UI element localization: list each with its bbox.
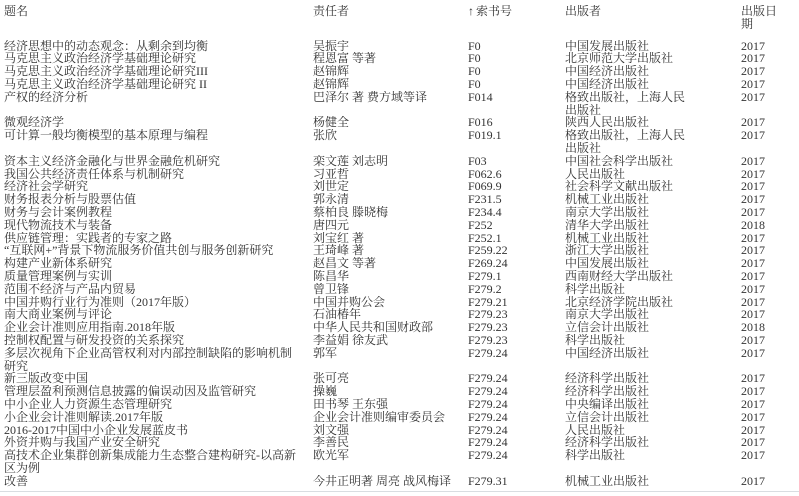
publisher-text: 人民出版社	[565, 168, 693, 181]
column-header-call-number[interactable]: ↑索书号	[464, 5, 565, 40]
publisher-cell: 中国发展出版社	[565, 257, 737, 270]
title-cell: 多层次视角下企业高管权利对内部控制缺陷的影响机制研究	[0, 347, 309, 373]
table-row: 新三版改变中国 张可亮 F279.24 经济科学出版社 2017	[0, 372, 799, 385]
date-cell: 2017	[737, 385, 799, 398]
title-cell: 范围不经济与产品内贸易	[0, 283, 309, 296]
title-cell: 质量管理案例与实训	[0, 270, 309, 283]
call-number-cell: F252	[464, 219, 565, 232]
publisher-cell: 中国经济出版社	[565, 347, 737, 373]
publisher-cell: 西南财经大学出版社	[565, 270, 737, 283]
author-cell: 中国并购公会	[309, 296, 464, 309]
author-cell: 王琦峰 著	[309, 244, 464, 257]
date-cell: 2017	[737, 65, 799, 78]
title-cell: 企业会计准则应用指南.2018年版	[0, 321, 309, 334]
author-cell: 杨健全	[309, 116, 464, 129]
date-cell: 2017	[737, 308, 799, 321]
author-cell: 刘世定	[309, 180, 464, 193]
call-number-cell: F279.23	[464, 308, 565, 321]
table-row: 马克思主义政治经济学基础理论研究 程恩富 等著 F0 北京师范大学出版社 201…	[0, 52, 799, 65]
title-cell: 我国公共经济责任体系与机制研究	[0, 168, 309, 181]
author-cell: 蔡柏良 滕晓梅	[309, 206, 464, 219]
publisher-cell: 经济科学出版社	[565, 436, 737, 449]
date-cell: 2018	[737, 219, 799, 232]
table-row: 中小企业人力资源生态管理研究 田书琴 王东强 F279.24 中央编译出版社 2…	[0, 398, 799, 411]
title-cell: 中国并购行业行为准则（2017年版）	[0, 296, 309, 309]
call-number-cell: F014	[464, 91, 565, 117]
call-number-cell: F03	[464, 155, 565, 168]
table-row: 南大商业案例与评论 石油椿年 F279.23 南京大学出版社 2017	[0, 308, 799, 321]
author-cell: 吴振宇	[309, 40, 464, 53]
table-row: 可计算一般均衡模型的基本原理与编程 张欣 F019.1 格致出版社，上海人民出版…	[0, 129, 799, 155]
table-row: 现代物流技术与装备 唐四元 F252 清华大学出版社 2018	[0, 219, 799, 232]
sort-ascending-icon: ↑	[468, 5, 474, 18]
author-cell: 欧光军	[309, 449, 464, 475]
title-cell: 中小企业人力资源生态管理研究	[0, 398, 309, 411]
call-number-cell: F0	[464, 40, 565, 53]
author-cell: 赵锦辉	[309, 65, 464, 78]
author-cell: 栾文莲 刘志明	[309, 155, 464, 168]
publisher-cell: 机械工业出版社	[565, 193, 737, 206]
call-number-cell: F279.24	[464, 424, 565, 437]
table-row: 管理层盈利预测信息披露的偏误动因及监管研究 操巍 F279.24 经济科学出版社…	[0, 385, 799, 398]
call-number-cell: F062.6	[464, 168, 565, 181]
date-cell: 2017	[737, 257, 799, 270]
call-number-cell: F069.9	[464, 180, 565, 193]
publisher-cell: 陕西人民出版社	[565, 116, 737, 129]
date-cell: 2017	[737, 436, 799, 449]
table-row: 我国公共经济责任体系与机制研究 习亚哲 F062.6 人民出版社 2017	[0, 168, 799, 181]
author-cell: 巴泽尔 著 费方域等译	[309, 91, 464, 117]
publisher-text: 浙江大学出版社	[565, 244, 693, 257]
publisher-text: 社会科学文献出版社	[565, 180, 693, 193]
publisher-text: 中央编译出版社	[565, 398, 693, 411]
title-cell: 现代物流技术与装备	[0, 219, 309, 232]
publisher-text: 立信会计出版社	[565, 411, 693, 424]
table-row: 财务报表分析与股票估值 郭永清 F231.5 机械工业出版社 2017	[0, 193, 799, 206]
title-cell: 高技术企业集群创新集成能力生态整合建构研究-以高新区为例	[0, 449, 309, 475]
table-row: 企业会计准则应用指南.2018年版 中华人民共和国财政部 F279.23 立信会…	[0, 321, 799, 334]
table-row: 多层次视角下企业高管权利对内部控制缺陷的影响机制研究 郭军 F279.24 中国…	[0, 347, 799, 373]
call-number-cell: F279.24	[464, 347, 565, 373]
publisher-cell: 中国发展出版社	[565, 40, 737, 53]
publisher-cell: 立信会计出版社	[565, 321, 737, 334]
author-cell: 赵昌文 等著	[309, 257, 464, 270]
publisher-cell: 浙江大学出版社	[565, 244, 737, 257]
publisher-cell: 中国社会科学出版社	[565, 155, 737, 168]
date-cell: 2017	[737, 78, 799, 91]
publisher-text: 经济科学出版社	[565, 436, 693, 449]
publisher-text: 格致出版社，上海人民出版社	[565, 129, 693, 155]
date-cell: 2017	[737, 283, 799, 296]
publisher-cell: 格致出版社，上海人民出版社	[565, 129, 737, 155]
catalog-page: 题名 责任者 ↑索书号 出版者 出版日期 经济思想中的动态观念：从剩余到均衡 吴…	[0, 0, 799, 496]
call-number-cell: F269.24	[464, 257, 565, 270]
publisher-text: 中国发展出版社	[565, 257, 693, 270]
publisher-cell: 经济科学出版社	[565, 385, 737, 398]
call-number-cell: F0	[464, 65, 565, 78]
column-header-title[interactable]: 题名	[0, 5, 309, 40]
title-cell: 2016-2017中国中小企业发展蓝皮书	[0, 424, 309, 437]
table-row: 外资并购与我国产业安全研究 李善民 F279.24 经济科学出版社 2017	[0, 436, 799, 449]
date-cell: 2017	[737, 206, 799, 219]
table-row: 小企业会计准则解读.2017年版 企业会计准则编审委员会 F279.24 立信会…	[0, 411, 799, 424]
date-cell: 2017	[737, 398, 799, 411]
table-row: 经济社会学研究 刘世定 F069.9 社会科学文献出版社 2017	[0, 180, 799, 193]
author-cell: 操巍	[309, 385, 464, 398]
table-row: 改善 今井正明著 周亮 战风梅译 F279.31 机械工业出版社 2017	[0, 475, 799, 488]
table-row: 供应链管理：实践者的专家之路 刘宝红 著 F252.1 机械工业出版社 2017	[0, 232, 799, 245]
column-header-date-label: 出版日期	[741, 5, 783, 31]
author-cell: 今井正明著 周亮 战风梅译	[309, 475, 464, 488]
author-cell: 郭军	[309, 347, 464, 373]
title-cell: 南大商业案例与评论	[0, 308, 309, 321]
title-cell: 小企业会计准则解读.2017年版	[0, 411, 309, 424]
date-cell: 2017	[737, 424, 799, 437]
call-number-cell: F016	[464, 116, 565, 129]
date-cell: 2017	[737, 270, 799, 283]
table-header-row: 题名 责任者 ↑索书号 出版者 出版日期	[0, 5, 799, 40]
table-row: 马克思主义政治经济学基础理论研究 II 赵锦辉 F0 中国经济出版社 2017	[0, 78, 799, 91]
call-number-cell: F0	[464, 78, 565, 91]
call-number-cell: F231.5	[464, 193, 565, 206]
call-number-cell: F279.21	[464, 296, 565, 309]
call-number-cell: F279.1	[464, 270, 565, 283]
date-cell: 2017	[737, 168, 799, 181]
publisher-text: 中国经济出版社	[565, 65, 693, 78]
publisher-text: 北京师范大学出版社	[565, 52, 693, 65]
publisher-text: 机械工业出版社	[565, 232, 693, 245]
publisher-text: 陕西人民出版社	[565, 116, 693, 129]
author-cell: 李益娟 徐友武	[309, 334, 464, 347]
call-number-cell: F279.24	[464, 385, 565, 398]
call-number-cell: F279.24	[464, 372, 565, 385]
publisher-text: 西南财经大学出版社	[565, 270, 693, 283]
publisher-cell: 科学出版社	[565, 334, 737, 347]
author-cell: 习亚哲	[309, 168, 464, 181]
author-cell: 石油椿年	[309, 308, 464, 321]
date-cell: 2017	[737, 129, 799, 155]
table-row: 范围不经济与产品内贸易 曾卫锋 F279.2 科学出版社 2017	[0, 283, 799, 296]
title-cell: 控制权配置与研发投资的关系探究	[0, 334, 309, 347]
date-cell: 2017	[737, 193, 799, 206]
publisher-cell: 中国经济出版社	[565, 65, 737, 78]
publisher-cell: 机械工业出版社	[565, 475, 737, 488]
publisher-text: 科学出版社	[565, 449, 693, 462]
table-row: 2016-2017中国中小企业发展蓝皮书 刘文强 F279.24 人民出版社 2…	[0, 424, 799, 437]
publisher-cell: 南京大学出版社	[565, 308, 737, 321]
title-cell: 改善	[0, 475, 309, 488]
publisher-text: 科学出版社	[565, 334, 693, 347]
call-number-cell: F234.4	[464, 206, 565, 219]
author-cell: 曾卫锋	[309, 283, 464, 296]
call-number-cell: F279.23	[464, 334, 565, 347]
date-cell: 2017	[737, 155, 799, 168]
title-cell: 可计算一般均衡模型的基本原理与编程	[0, 129, 309, 155]
call-number-cell: F279.23	[464, 321, 565, 334]
table-row: 控制权配置与研发投资的关系探究 李益娟 徐友武 F279.23 科学出版社 20…	[0, 334, 799, 347]
publisher-cell: 中国经济出版社	[565, 78, 737, 91]
publisher-cell: 格致出版社，上海人民出版社	[565, 91, 737, 117]
author-cell: 张可亮	[309, 372, 464, 385]
column-header-call-number-label: 索书号	[476, 5, 512, 18]
title-cell: 财务与会计案例教程	[0, 206, 309, 219]
author-cell: 陈昌华	[309, 270, 464, 283]
table-row: 产权的经济分析 巴泽尔 著 费方域等译 F014 格致出版社，上海人民出版社 2…	[0, 91, 799, 117]
column-header-publisher[interactable]: 出版者	[565, 5, 737, 40]
table-row: 构建产业新体系研究 赵昌文 等著 F269.24 中国发展出版社 2017	[0, 257, 799, 270]
call-number-cell: F279.24	[464, 411, 565, 424]
table-row: 微观经济学 杨健全 F016 陕西人民出版社 2017	[0, 116, 799, 129]
publisher-cell: 人民出版社	[565, 168, 737, 181]
publisher-text: 中国发展出版社	[565, 40, 693, 53]
publisher-cell: 南京大学出版社	[565, 206, 737, 219]
publisher-text: 人民出版社	[565, 424, 693, 437]
table-row: 质量管理案例与实训 陈昌华 F279.1 西南财经大学出版社 2017	[0, 270, 799, 283]
column-header-date[interactable]: 出版日期	[737, 5, 799, 40]
date-cell: 2017	[737, 116, 799, 129]
call-number-cell: F279.24	[464, 449, 565, 475]
call-number-cell: F252.1	[464, 232, 565, 245]
publisher-cell: 北京经济学院出版社	[565, 296, 737, 309]
publisher-text: 清华大学出版社	[565, 219, 693, 232]
title-cell: 马克思主义政治经济学基础理论研究	[0, 52, 309, 65]
date-cell: 2017	[737, 347, 799, 373]
author-cell: 郭永清	[309, 193, 464, 206]
author-cell: 唐四元	[309, 219, 464, 232]
table-row: 高技术企业集群创新集成能力生态整合建构研究-以高新区为例 欧光军 F279.24…	[0, 449, 799, 475]
bottom-divider	[0, 491, 799, 492]
title-cell: 新三版改变中国	[0, 372, 309, 385]
author-cell: 程恩富 等著	[309, 52, 464, 65]
date-cell: 2017	[737, 411, 799, 424]
title-cell: 经济社会学研究	[0, 180, 309, 193]
date-cell: 2017	[737, 296, 799, 309]
author-cell: 刘宝红 著	[309, 232, 464, 245]
date-cell: 2017	[737, 180, 799, 193]
publisher-cell: 经济科学出版社	[565, 372, 737, 385]
table-row: 中国并购行业行为准则（2017年版） 中国并购公会 F279.21 北京经济学院…	[0, 296, 799, 309]
column-header-title-label: 题名	[4, 5, 28, 18]
title-cell: 外资并购与我国产业安全研究	[0, 436, 309, 449]
author-cell: 田书琴 王东强	[309, 398, 464, 411]
date-cell: 2017	[737, 232, 799, 245]
catalog-table: 题名 责任者 ↑索书号 出版者 出版日期 经济思想中的动态观念：从剩余到均衡 吴…	[0, 5, 799, 487]
publisher-text: 机械工业出版社	[565, 193, 693, 206]
publisher-text: 南京大学出版社	[565, 308, 693, 321]
date-cell: 2017	[737, 52, 799, 65]
table-row: 财务与会计案例教程 蔡柏良 滕晓梅 F234.4 南京大学出版社 2017	[0, 206, 799, 219]
table-row: 资本主义经济金融化与世界金融危机研究 栾文莲 刘志明 F03 中国社会科学出版社…	[0, 155, 799, 168]
publisher-text: 南京大学出版社	[565, 206, 693, 219]
author-cell: 李善民	[309, 436, 464, 449]
column-header-author-label: 责任者	[313, 5, 349, 18]
title-cell: 管理层盈利预测信息披露的偏误动因及监管研究	[0, 385, 309, 398]
call-number-cell: F0	[464, 52, 565, 65]
call-number-cell: F279.2	[464, 283, 565, 296]
title-cell: 财务报表分析与股票估值	[0, 193, 309, 206]
call-number-cell: F019.1	[464, 129, 565, 155]
date-cell: 2017	[737, 91, 799, 117]
date-cell: 2018	[737, 321, 799, 334]
publisher-text: 机械工业出版社	[565, 475, 693, 488]
title-cell: 马克思主义政治经济学基础理论研究 II	[0, 78, 309, 91]
publisher-cell: 机械工业出版社	[565, 232, 737, 245]
publisher-cell: 北京师范大学出版社	[565, 52, 737, 65]
publisher-text: 北京经济学院出版社	[565, 296, 693, 309]
publisher-cell: 科学出版社	[565, 283, 737, 296]
table-row: 经济思想中的动态观念：从剩余到均衡 吴振宇 F0 中国发展出版社 2017	[0, 40, 799, 53]
publisher-text: 立信会计出版社	[565, 321, 693, 334]
publisher-text: 经济科学出版社	[565, 372, 693, 385]
publisher-cell: 人民出版社	[565, 424, 737, 437]
call-number-cell: F279.24	[464, 398, 565, 411]
title-cell: 经济思想中的动态观念：从剩余到均衡	[0, 40, 309, 53]
title-cell: 供应链管理：实践者的专家之路	[0, 232, 309, 245]
call-number-cell: F279.31	[464, 475, 565, 488]
publisher-text: 格致出版社，上海人民出版社	[565, 91, 693, 117]
publisher-text: 科学出版社	[565, 283, 693, 296]
catalog-body: 经济思想中的动态观念：从剩余到均衡 吴振宇 F0 中国发展出版社 2017 马克…	[0, 40, 799, 488]
title-cell: 马克思主义政治经济学基础理论研究III	[0, 65, 309, 78]
publisher-text: 中国经济出版社	[565, 347, 693, 360]
title-cell: 微观经济学	[0, 116, 309, 129]
author-cell: 张欣	[309, 129, 464, 155]
call-number-cell: F259.22	[464, 244, 565, 257]
publisher-cell: 中央编译出版社	[565, 398, 737, 411]
title-cell: 资本主义经济金融化与世界金融危机研究	[0, 155, 309, 168]
author-cell: 赵锦辉	[309, 78, 464, 91]
date-cell: 2017	[737, 334, 799, 347]
table-row: 马克思主义政治经济学基础理论研究III 赵锦辉 F0 中国经济出版社 2017	[0, 65, 799, 78]
date-cell: 2017	[737, 372, 799, 385]
author-cell: 中华人民共和国财政部	[309, 321, 464, 334]
table-row: “互联网+”背景下物流服务价值共创与服务创新研究 王琦峰 著 F259.22 浙…	[0, 244, 799, 257]
publisher-cell: 社会科学文献出版社	[565, 180, 737, 193]
publisher-text: 中国经济出版社	[565, 78, 693, 91]
publisher-cell: 清华大学出版社	[565, 219, 737, 232]
publisher-text: 经济科学出版社	[565, 385, 693, 398]
date-cell: 2017	[737, 449, 799, 475]
publisher-cell: 立信会计出版社	[565, 411, 737, 424]
column-header-author[interactable]: 责任者	[309, 5, 464, 40]
title-cell: 产权的经济分析	[0, 91, 309, 117]
title-cell: “互联网+”背景下物流服务价值共创与服务创新研究	[0, 244, 309, 257]
date-cell: 2017	[737, 475, 799, 488]
title-cell: 构建产业新体系研究	[0, 257, 309, 270]
call-number-cell: F279.24	[464, 436, 565, 449]
publisher-cell: 科学出版社	[565, 449, 737, 475]
author-cell: 企业会计准则编审委员会	[309, 411, 464, 424]
date-cell: 2017	[737, 244, 799, 257]
publisher-text: 中国社会科学出版社	[565, 155, 693, 168]
author-cell: 刘文强	[309, 424, 464, 437]
date-cell: 2017	[737, 40, 799, 53]
column-header-publisher-label: 出版者	[565, 5, 601, 18]
